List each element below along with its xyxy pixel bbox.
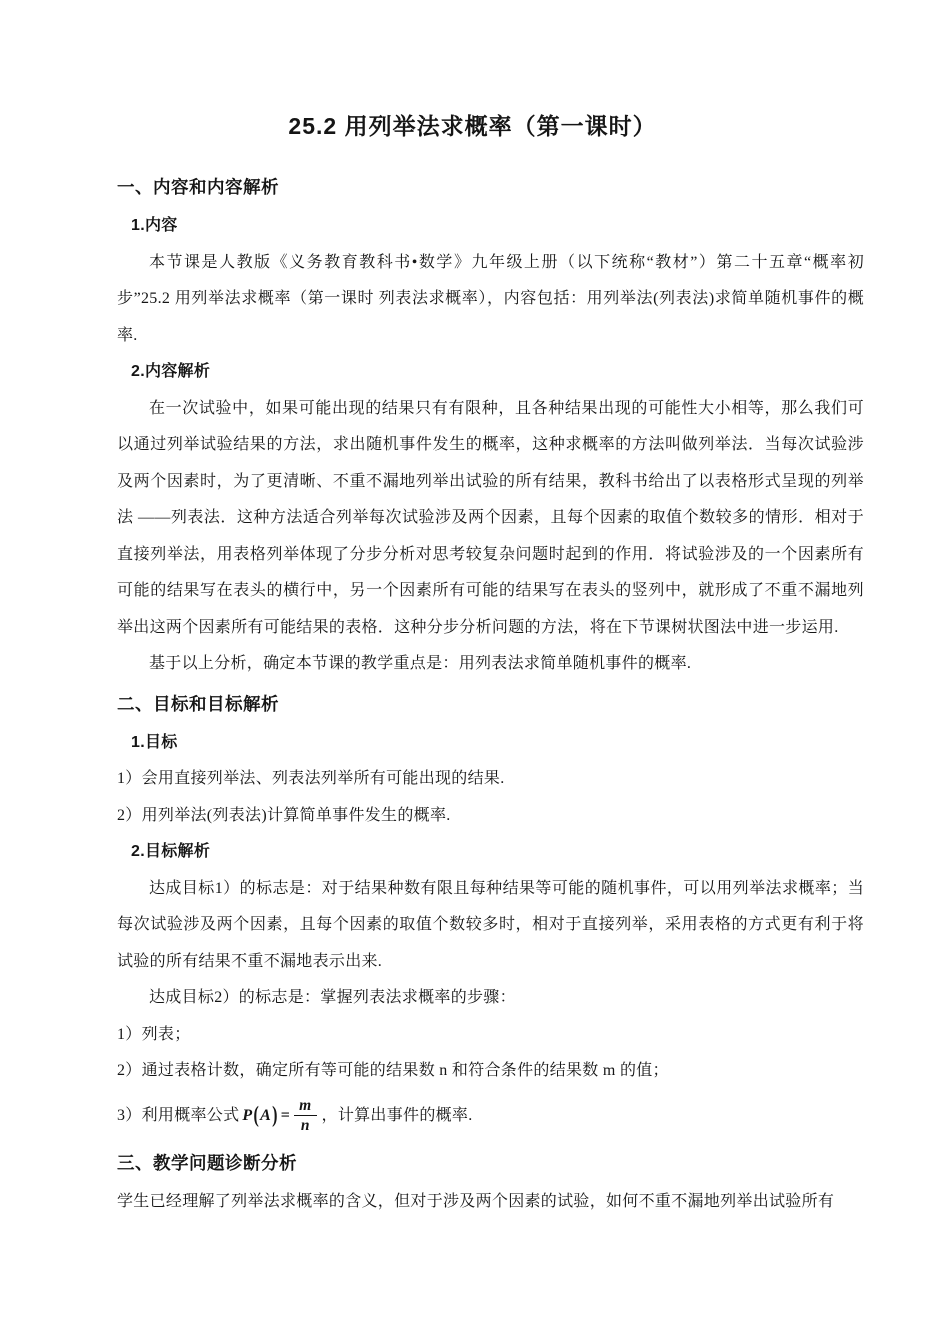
step-3-suffix: ，计算出事件的概率.	[322, 1107, 473, 1124]
probability-formula: P(A)=mn	[242, 1090, 318, 1142]
formula-event-symbol: A	[260, 1107, 271, 1124]
section-1-subheading-content: 1.内容	[131, 208, 864, 245]
section-3-heading: 三、教学问题诊断分析	[117, 1142, 864, 1184]
step-item-3: 3）利用概率公式P(A)=mn，计算出事件的概率.	[117, 1090, 864, 1142]
goal-2-analysis-paragraph: 达成目标2）的标志是：掌握列表法求概率的步骤：	[117, 980, 864, 1017]
section-2-subheading-goals: 1.目标	[131, 725, 864, 762]
formula-right-paren: )	[272, 1078, 278, 1153]
step-item-2: 2）通过表格计数，确定所有等可能的结果数 n 和符合条件的结果数 m 的值；	[117, 1053, 864, 1090]
section-1-heading: 一、内容和内容解析	[117, 166, 864, 208]
section-1-paragraph-analysis: 在一次试验中，如果可能出现的结果只有有限种，且各种结果出现的可能性大小相等，那么…	[117, 391, 864, 647]
step-item-1: 1）列表；	[117, 1017, 864, 1054]
section-2-heading: 二、目标和目标解析	[117, 683, 864, 725]
step-3-prefix: 3）利用概率公式	[117, 1107, 239, 1124]
goal-item-1: 1）会用直接列举法、列表法列举所有可能出现的结果.	[117, 761, 864, 798]
goal-1-analysis-paragraph: 达成目标1）的标志是：对于结果种数有限且每种结果等可能的随机事件，可以用列举法求…	[117, 871, 864, 981]
section-3-paragraph: 学生已经理解了列举法求概率的含义，但对于涉及两个因素的试验，如何不重不漏地列举出…	[117, 1184, 864, 1221]
section-1-paragraph-focus: 基于以上分析，确定本节课的教学重点是：用列表法求简单随机事件的概率.	[117, 646, 864, 683]
fraction-denominator: n	[301, 1116, 310, 1134]
formula-fraction: mn	[294, 1097, 316, 1134]
goal-item-2: 2）用列举法(列表法)计算简单事件发生的概率.	[117, 798, 864, 835]
formula-function-symbol: P	[242, 1107, 252, 1124]
page-title: 25.2 用列举法求概率（第一课时）	[81, 110, 864, 142]
section-1-paragraph-content: 本节课是人教版《义务教育教科书•数学》九年级上册（以下统称“教材”）第二十五章“…	[117, 245, 864, 355]
formula-left-paren: (	[253, 1078, 259, 1153]
fraction-numerator: m	[294, 1097, 316, 1116]
section-1-subheading-analysis: 2.内容解析	[131, 354, 864, 391]
formula-equals-sign: =	[281, 1107, 290, 1124]
document-page: 25.2 用列举法求概率（第一课时） 一、内容和内容解析 1.内容 本节课是人教…	[0, 0, 950, 1344]
section-2-subheading-goal-analysis: 2.目标解析	[131, 834, 864, 871]
